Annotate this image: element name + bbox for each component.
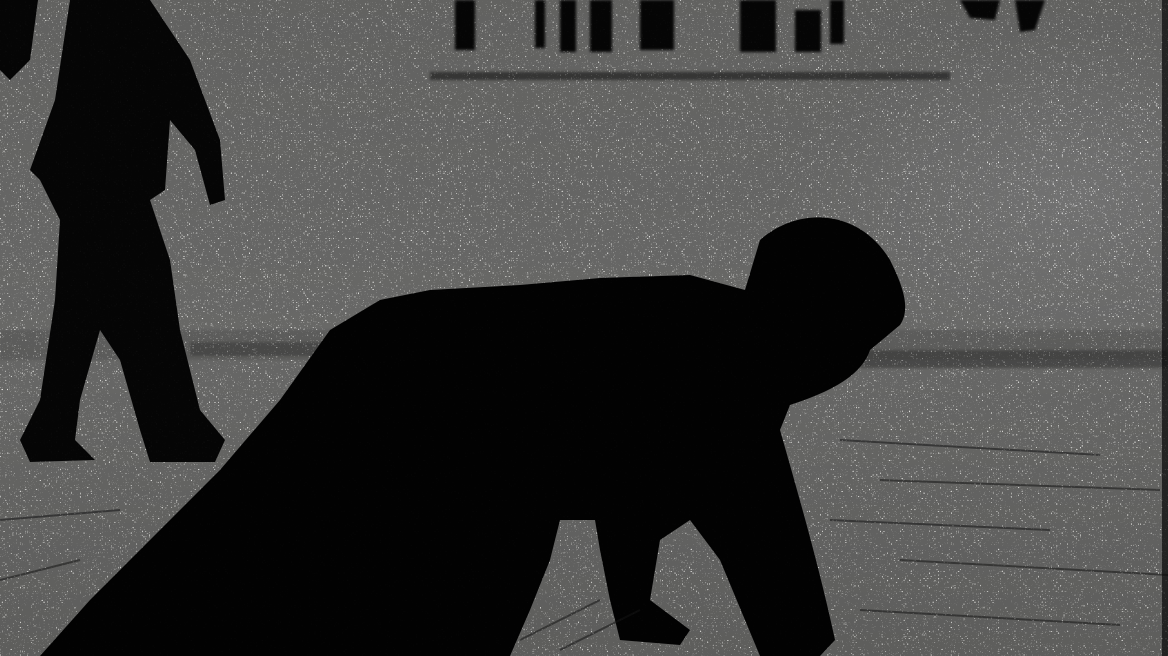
photo-canvas (0, 0, 1168, 656)
halftone-grain (0, 0, 1168, 656)
newspaper-photo (0, 0, 1168, 656)
